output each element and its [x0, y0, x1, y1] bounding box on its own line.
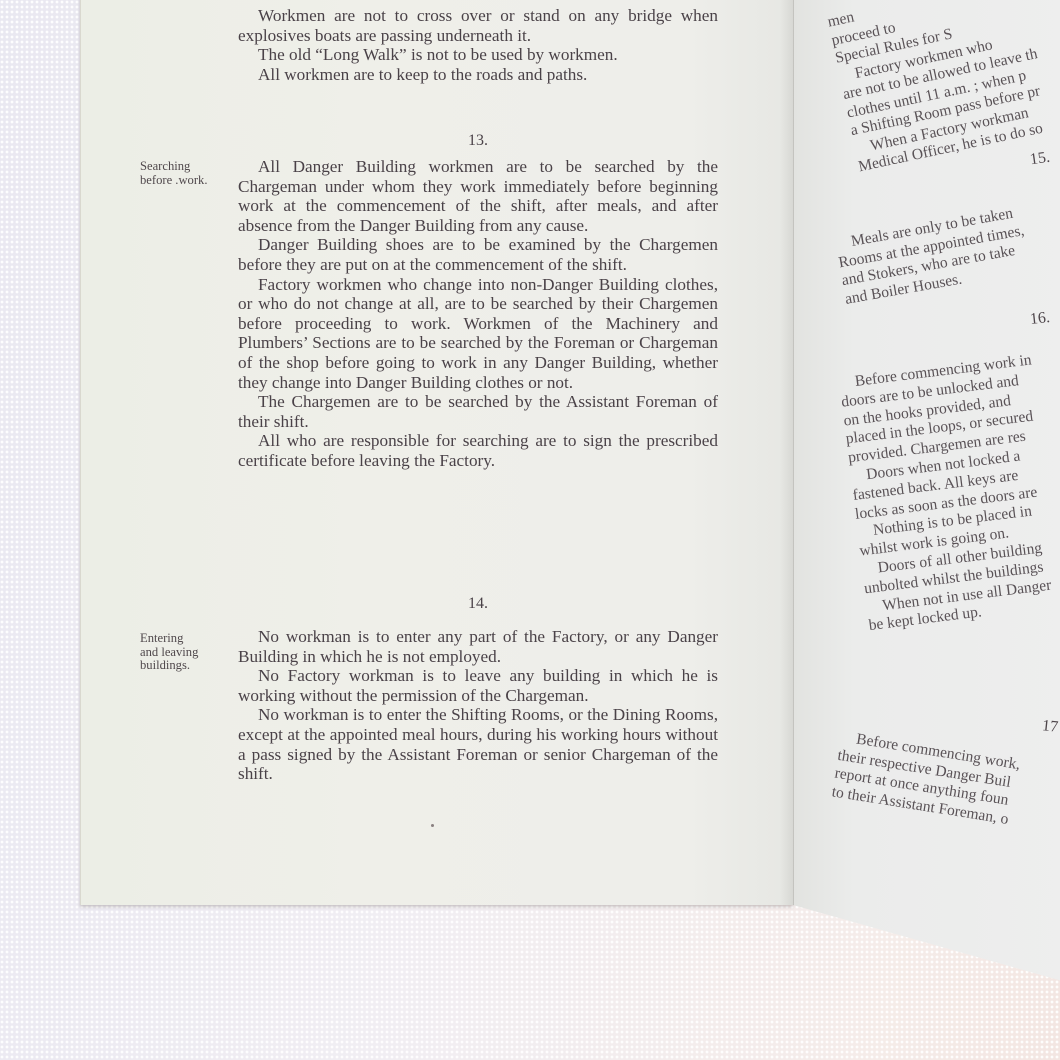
section-number-15: 15. — [1029, 149, 1051, 170]
margin-note-line: and leaving — [140, 646, 238, 660]
margin-note-entering: Entering and leaving buildings. — [140, 632, 238, 673]
intro-paragraph: All workmen are to keep to the roads and… — [238, 65, 718, 85]
section-paragraph: No workman is to enter the Shifting Room… — [238, 705, 718, 783]
section-number-14: 14. — [238, 595, 718, 613]
section-paragraph: All Danger Building workmen are to be se… — [238, 157, 718, 235]
section-number-17: 17 — [1041, 717, 1059, 737]
section-number-13: 13. — [238, 132, 718, 150]
section-paragraph: All who are responsible for searching ar… — [238, 431, 718, 470]
section-paragraph: The Chargemen are to be searched by the … — [238, 392, 718, 431]
section-paragraph: No Factory workman is to leave any build… — [238, 666, 718, 705]
intro-paragraph: Workmen are not to cross over or stand o… — [238, 6, 718, 45]
margin-note-line: buildings. — [140, 659, 238, 673]
intro-paragraph: The old “Long Walk” is not to be used by… — [238, 45, 718, 65]
section-14-text: No workman is to enter any part of the F… — [238, 627, 718, 784]
section-paragraph: No workman is to enter any part of the F… — [238, 627, 718, 666]
margin-note-line: Searching — [140, 160, 238, 174]
section-13-text: All Danger Building workmen are to be se… — [238, 157, 718, 471]
section-paragraph: Danger Building shoes are to be examined… — [238, 235, 718, 274]
section-paragraph: Factory workmen who change into non-Dang… — [238, 275, 718, 393]
margin-note-line: Entering — [140, 632, 238, 646]
margin-note-searching: Searching before .work. — [140, 160, 238, 187]
section-number-16: 16. — [1029, 309, 1051, 329]
margin-note-line: before .work. — [140, 174, 238, 188]
section-16-text: Before commencing work in doors are to b… — [838, 334, 1060, 637]
intro-text: Workmen are not to cross over or stand o… — [238, 6, 718, 84]
page-speck — [431, 824, 434, 827]
book-gutter — [780, 0, 794, 905]
